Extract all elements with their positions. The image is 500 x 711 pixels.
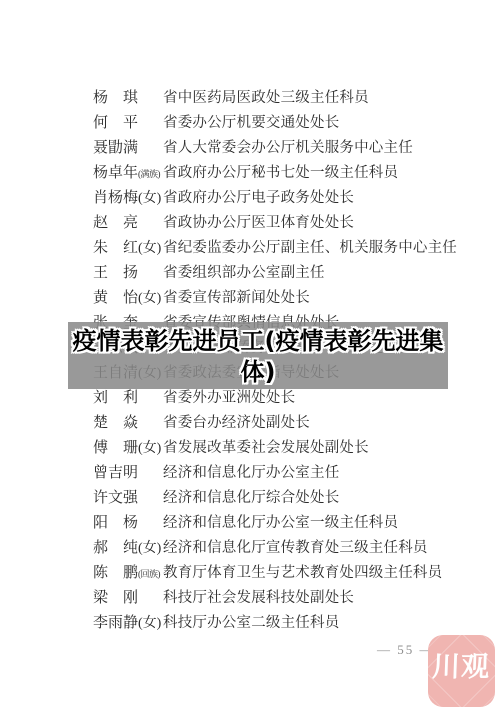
roster-row: 王 扬 省委组织部办公室副主任 (93, 259, 500, 284)
person-position: 省委外办亚洲处处长 (163, 386, 295, 407)
person-name-cell: 陈 鹏(回族) (93, 561, 163, 582)
person-position: 经济和信息化厅办公室主任 (163, 461, 339, 482)
person-name-cell: 赵 亮 (93, 211, 163, 232)
roster-row: 陈 鹏(回族) 教育厅体育卫生与艺术教育处四级主任科员 (93, 559, 500, 584)
person-name-cell: 刘 利 (93, 386, 163, 407)
person-name: 刘 利 (93, 390, 138, 406)
person-note: (女) (138, 191, 161, 206)
person-name-cell: 何 平 (93, 111, 163, 132)
scanned-document-page: 杨 琪 省中医药局医政处三级主任科员 何 平 省委办公厅机要交通处处长 聂勖满 … (0, 0, 500, 711)
person-position: 省政府办公厅电子政务处处长 (163, 186, 354, 207)
person-name-cell: 许文强 (93, 486, 163, 507)
person-name: 许文强 (93, 490, 138, 506)
person-position: 科技厅社会发展科技处副处长 (163, 586, 354, 607)
person-name: 杨卓年 (93, 165, 138, 181)
person-position: 省政协办公厅医卫体育处处长 (163, 211, 354, 232)
person-name-cell: 郝 纯(女) (93, 536, 163, 557)
roster-row: 朱 红(女) 省纪委监委办公厅副主任、机关服务中心主任 (93, 234, 500, 259)
person-position: 经济和信息化厅宣传教育处三级主任科员 (163, 536, 428, 557)
roster-row: 梁 刚 科技厅社会发展科技处副处长 (93, 584, 500, 609)
person-position: 省委宣传部新闻处处长 (163, 286, 310, 307)
person-name: 聂勖满 (93, 140, 138, 156)
person-position: 省委组织部办公室副主任 (163, 261, 325, 282)
person-name: 何 平 (93, 115, 138, 131)
roster-row: 楚 焱 省委台办经济处副处长 (93, 409, 500, 434)
person-name-cell: 朱 红(女) (93, 236, 163, 257)
person-position: 省纪委监委办公厅副主任、机关服务中心主任 (163, 236, 457, 257)
overlay-title-line2: 体) (241, 357, 276, 388)
person-name: 肖杨梅 (93, 190, 138, 206)
person-name-cell: 聂勖满 (93, 136, 163, 157)
person-name: 赵 亮 (93, 215, 138, 231)
person-name-cell: 阳 杨 (93, 511, 163, 532)
roster-row: 何 平 省委办公厅机要交通处处长 (93, 109, 500, 134)
person-name-cell: 梁 刚 (93, 586, 163, 607)
roster-row: 李雨静(女) 科技厅办公室二级主任科员 (93, 609, 500, 634)
person-name-cell: 王 扬 (93, 261, 163, 282)
page-number: — 55 — (377, 642, 435, 658)
person-name: 杨 琪 (93, 90, 138, 106)
person-name-cell: 楚 焱 (93, 411, 163, 432)
person-position: 经济和信息化厅办公室一级主任科员 (163, 511, 398, 532)
person-name-cell: 杨卓年(满族) (93, 161, 163, 182)
roster-row: 聂勖满 省人大常委会办公厅机关服务中心主任 (93, 134, 500, 159)
person-name-cell: 肖杨梅(女) (93, 186, 163, 207)
person-note: (女) (138, 291, 161, 306)
person-name-cell: 傅 珊(女) (93, 436, 163, 457)
roster-row: 郝 纯(女) 经济和信息化厅宣传教育处三级主任科员 (93, 534, 500, 559)
chuanguan-logo: 川观 (428, 635, 495, 707)
person-name: 傅 珊 (93, 440, 138, 456)
person-name: 曾吉明 (93, 465, 138, 481)
person-name: 王 扬 (93, 265, 138, 281)
person-note: (回族) (138, 569, 160, 579)
person-note: (满族) (138, 169, 160, 179)
person-position: 省委办公厅机要交通处处长 (163, 111, 339, 132)
person-position: 省发展改革委社会发展处副处长 (163, 436, 369, 457)
person-name-cell: 曾吉明 (93, 461, 163, 482)
roster-row: 肖杨梅(女) 省政府办公厅电子政务处处长 (93, 184, 500, 209)
person-position: 省政府办公厅秘书七处一级主任科员 (163, 161, 398, 182)
person-name-cell: 李雨静(女) (93, 611, 163, 632)
person-name: 李雨静 (93, 615, 138, 631)
person-position: 省委台办经济处副处长 (163, 411, 310, 432)
person-name: 朱 红 (93, 240, 138, 256)
roster-row: 许文强 经济和信息化厅综合处处长 (93, 484, 500, 509)
person-name: 楚 焱 (93, 415, 138, 431)
person-position: 省人大常委会办公厅机关服务中心主任 (163, 136, 413, 157)
logo-text: 川观 (432, 654, 491, 682)
person-position: 教育厅体育卫生与艺术教育处四级主任科员 (163, 561, 442, 582)
roster-row: 傅 珊(女) 省发展改革委社会发展处副处长 (93, 434, 500, 459)
roster-row: 杨卓年(满族) 省政府办公厅秘书七处一级主任科员 (93, 159, 500, 184)
roster-row: 赵 亮 省政协办公厅医卫体育处处长 (93, 209, 500, 234)
person-note: (女) (138, 241, 161, 256)
person-name: 阳 杨 (93, 515, 138, 531)
person-position: 省中医药局医政处三级主任科员 (163, 86, 369, 107)
person-name: 陈 鹏 (93, 565, 138, 581)
person-name-cell: 黄 怡(女) (93, 286, 163, 307)
roster-row: 黄 怡(女) 省委宣传部新闻处处长 (93, 284, 500, 309)
roster-row: 阳 杨 经济和信息化厅办公室一级主任科员 (93, 509, 500, 534)
roster-row: 曾吉明 经济和信息化厅办公室主任 (93, 459, 500, 484)
person-name: 郝 纯 (93, 540, 138, 556)
overlay-title-line1: 疫情表彰先进员工(疫情表彰先进集 (73, 326, 444, 357)
person-note: (女) (138, 541, 161, 556)
person-name: 黄 怡 (93, 290, 138, 306)
person-position: 经济和信息化厅综合处处长 (163, 486, 339, 507)
person-name: 梁 刚 (93, 590, 138, 606)
person-name-cell: 杨 琪 (93, 86, 163, 107)
roster-row: 杨 琪 省中医药局医政处三级主任科员 (93, 84, 500, 109)
person-note: (女) (138, 441, 161, 456)
person-note: (女) (138, 616, 161, 631)
person-position: 科技厅办公室二级主任科员 (163, 611, 339, 632)
overlay-band: 疫情表彰先进员工(疫情表彰先进集 体) (68, 322, 448, 389)
